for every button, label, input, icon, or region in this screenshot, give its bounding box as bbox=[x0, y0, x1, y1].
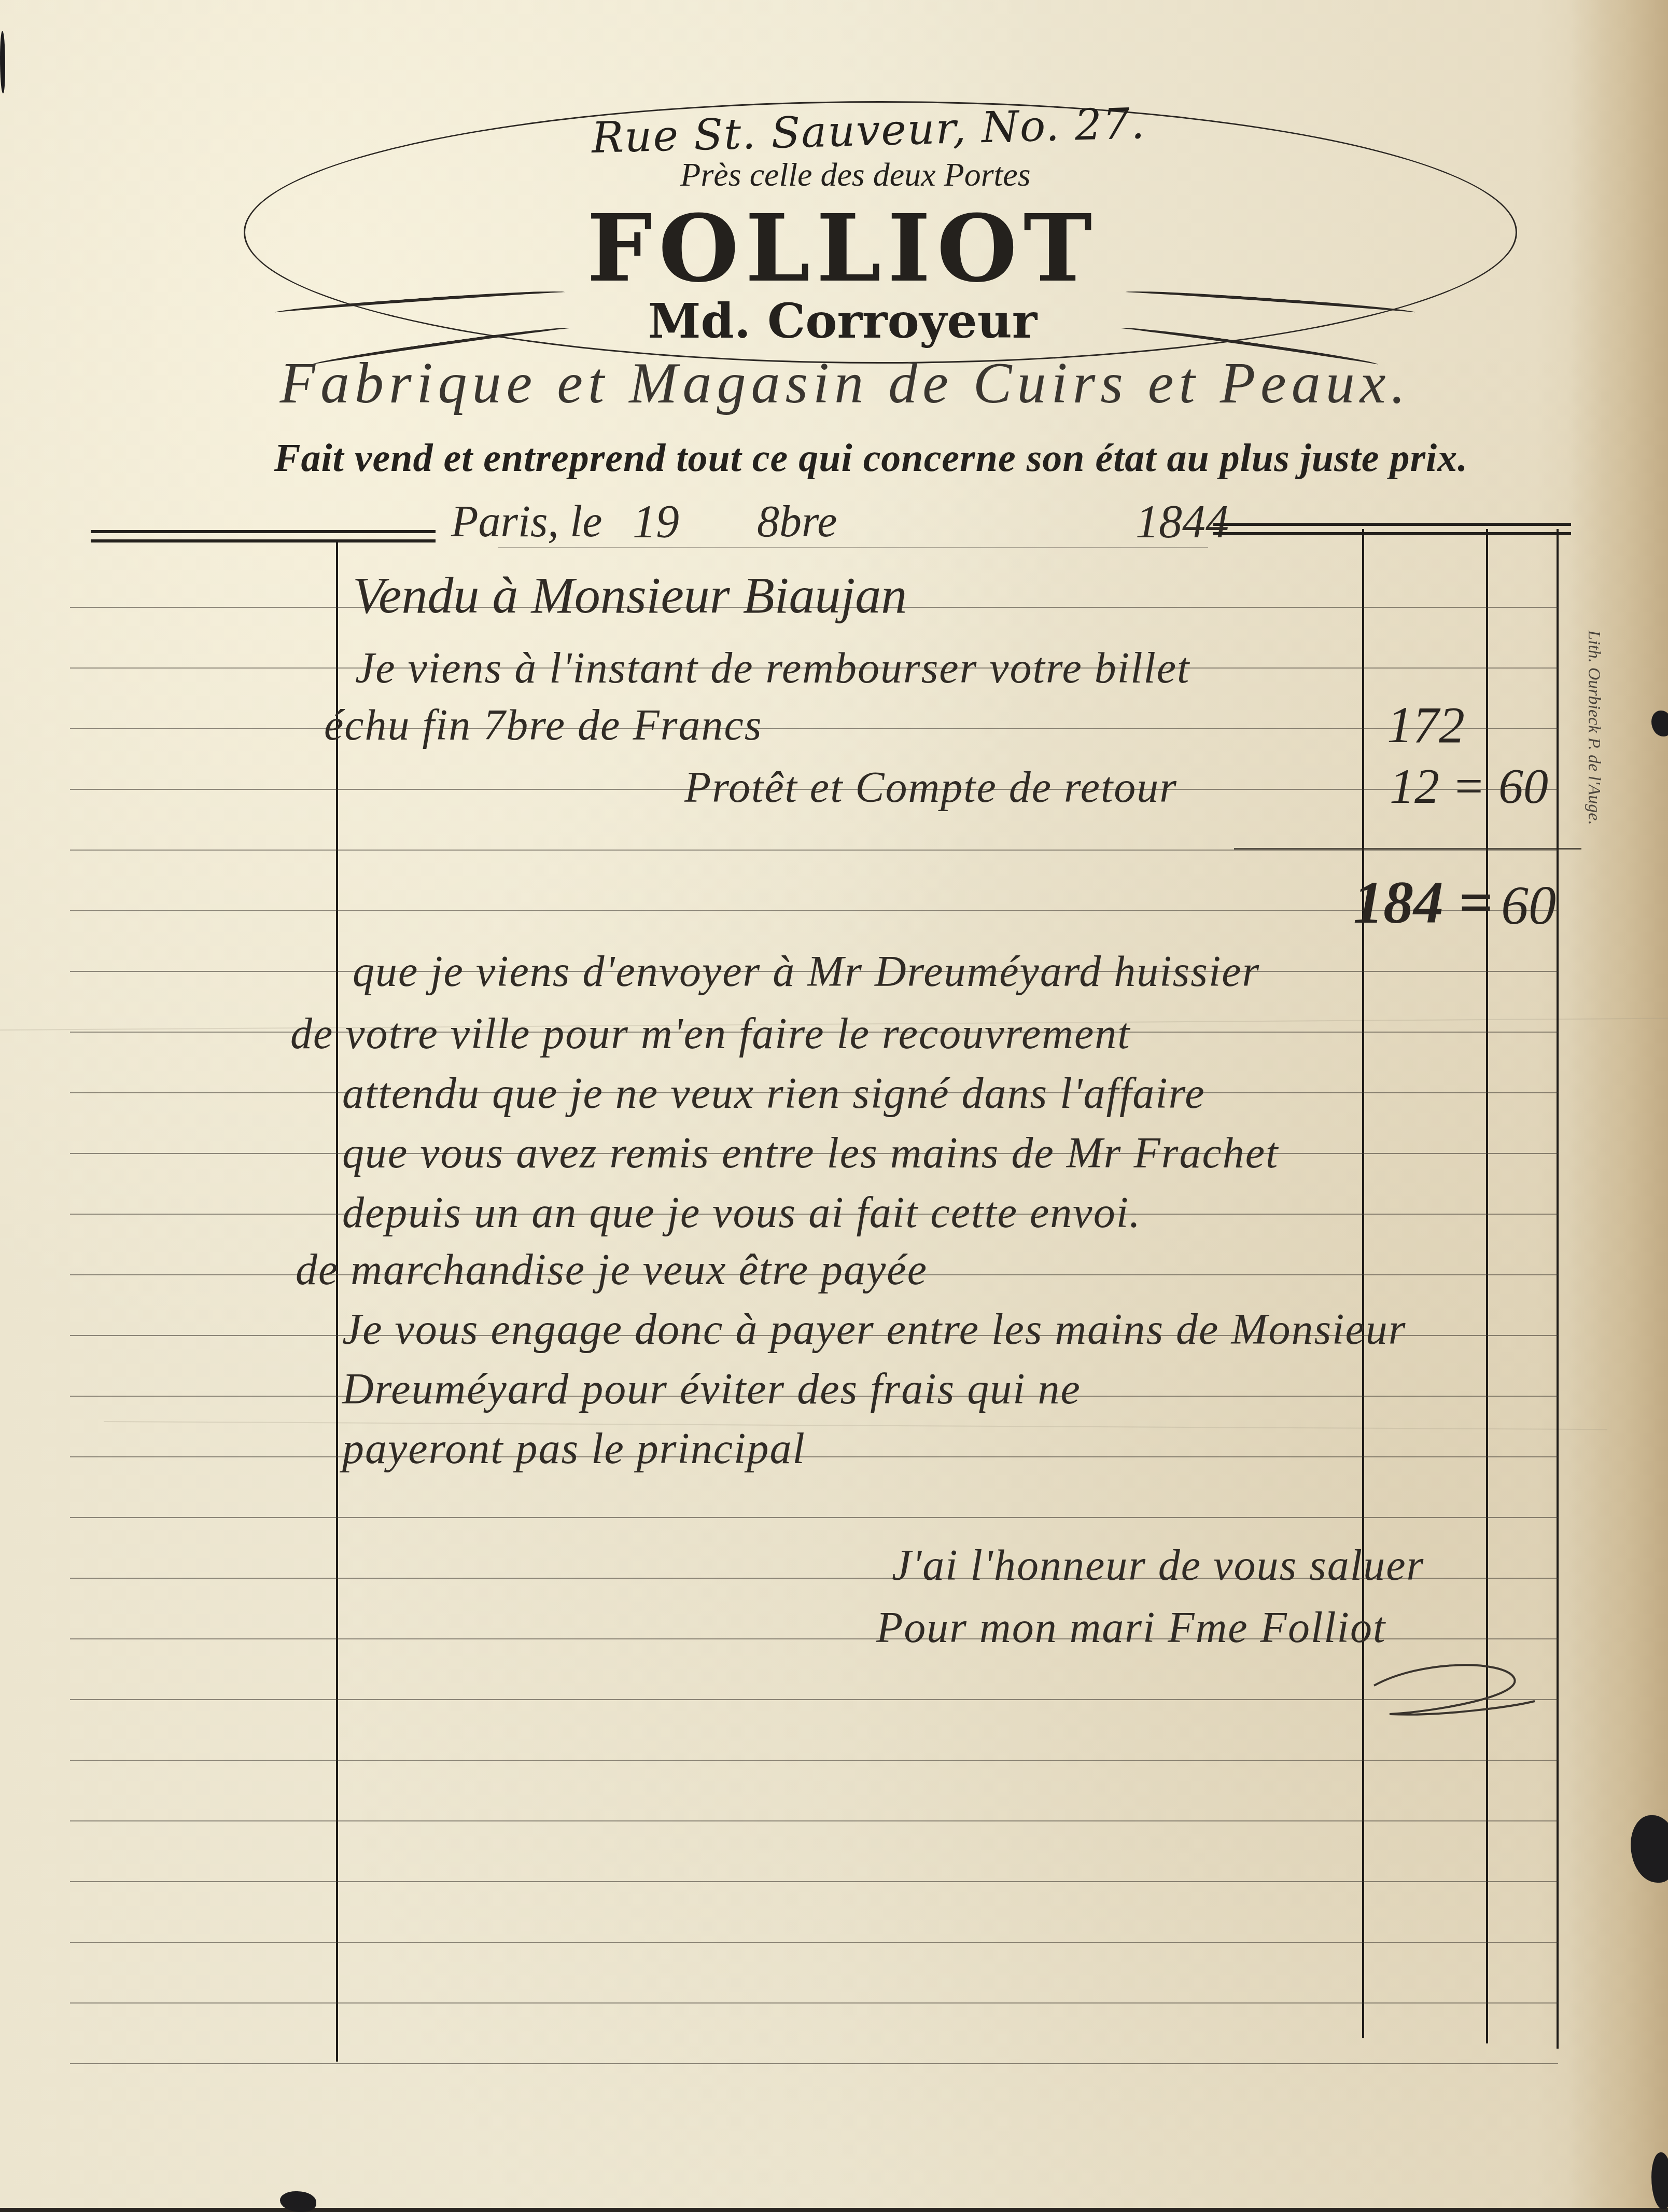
header-rule-left-bottom bbox=[91, 539, 436, 542]
merchant-address-landmark: Près celle des deux Portes bbox=[544, 156, 1167, 194]
merchant-tagline: Fait vend et entreprend tout ce qui conc… bbox=[135, 436, 1607, 481]
entry-text: échu fin 7bre de Francs bbox=[324, 700, 762, 750]
date-year: 1844 bbox=[1136, 495, 1229, 549]
letter-line: attendu que je ne veux rien signé dans l… bbox=[342, 1068, 1205, 1119]
signature-flourish-icon bbox=[1358, 1629, 1545, 1732]
cents-column-line bbox=[1486, 529, 1488, 2043]
ruled-line bbox=[70, 1760, 1558, 1761]
entry-amount-francs: 172 bbox=[1387, 695, 1465, 755]
ruled-line bbox=[70, 850, 1558, 851]
ruled-line bbox=[70, 1820, 1558, 1821]
letter-line: Dreuméyard pour éviter des frais qui ne bbox=[342, 1364, 1081, 1414]
merchant-trade: Md. Corroyeur bbox=[596, 293, 1089, 349]
header-rule-left-top bbox=[91, 530, 436, 533]
letter-line: payeront pas le principal bbox=[342, 1424, 806, 1474]
letter-line: depuis un an que je vous ai fait cette e… bbox=[342, 1188, 1141, 1238]
ruled-line bbox=[70, 728, 1558, 729]
ruled-line bbox=[70, 1517, 1558, 1518]
ruled-line bbox=[70, 1699, 1558, 1700]
letter-line: Je vous engage donc à payer entre les ma… bbox=[342, 1304, 1406, 1355]
francs-column-line bbox=[1362, 529, 1364, 2038]
ruled-line bbox=[70, 910, 1558, 911]
margin-line bbox=[336, 542, 338, 2062]
paper-crease bbox=[104, 1421, 1607, 1430]
entry-amount-francs: 12 = bbox=[1390, 757, 1485, 815]
shop-description: Fabrique et Magasin de Cuirs et Peaux. bbox=[197, 350, 1493, 417]
paper-hole bbox=[280, 2191, 316, 2208]
entry-text: Je viens à l'instant de rembourser votre… bbox=[355, 643, 1190, 693]
date-day: 19 bbox=[633, 495, 679, 549]
ruled-line bbox=[70, 2063, 1558, 2064]
total-francs: 184 = bbox=[1353, 869, 1493, 938]
letter-line: de votre ville pour m'en faire le recouv… bbox=[290, 1009, 1131, 1059]
closing-signature: Pour mon mari Fme Folliot bbox=[876, 1603, 1386, 1653]
date-month: 8bre bbox=[757, 495, 837, 547]
closing-salutation: J'ai l'honneur de vous saluer bbox=[892, 1540, 1424, 1591]
total-underline bbox=[1234, 848, 1581, 850]
letter-line: de marchandise je veux être payée bbox=[296, 1245, 928, 1295]
printer-imprint: Lith. Ourbieck P. de l'Auge. bbox=[1584, 630, 1604, 825]
date-city: Paris, le bbox=[451, 495, 602, 547]
paper-hole bbox=[0, 31, 5, 93]
header-rule-right-bottom bbox=[1213, 532, 1571, 535]
entry-amount-cents: 60 bbox=[1498, 757, 1548, 815]
date-underline bbox=[498, 547, 1208, 548]
recipient-line: Vendu à Monsieur Biaujan bbox=[353, 565, 907, 625]
ruled-line bbox=[70, 1456, 1558, 1457]
ruled-line bbox=[70, 1881, 1558, 1882]
letter-line: que vous avez remis entre les mains de M… bbox=[342, 1128, 1279, 1178]
total-cents: 60 bbox=[1501, 874, 1556, 937]
header-rule-right-top bbox=[1213, 523, 1571, 526]
entry-text: Protêt et Compte de retour bbox=[684, 762, 1178, 813]
merchant-name: FOLLIOT bbox=[570, 202, 1115, 295]
ruled-line bbox=[70, 2002, 1558, 2004]
ruled-line bbox=[70, 1942, 1558, 1943]
invoice-sheet: Rue St. Sauveur, No. 27. Près celle des … bbox=[0, 0, 1668, 2208]
letter-line: que je viens d'envoyer à Mr Dreuméyard h… bbox=[353, 947, 1260, 997]
